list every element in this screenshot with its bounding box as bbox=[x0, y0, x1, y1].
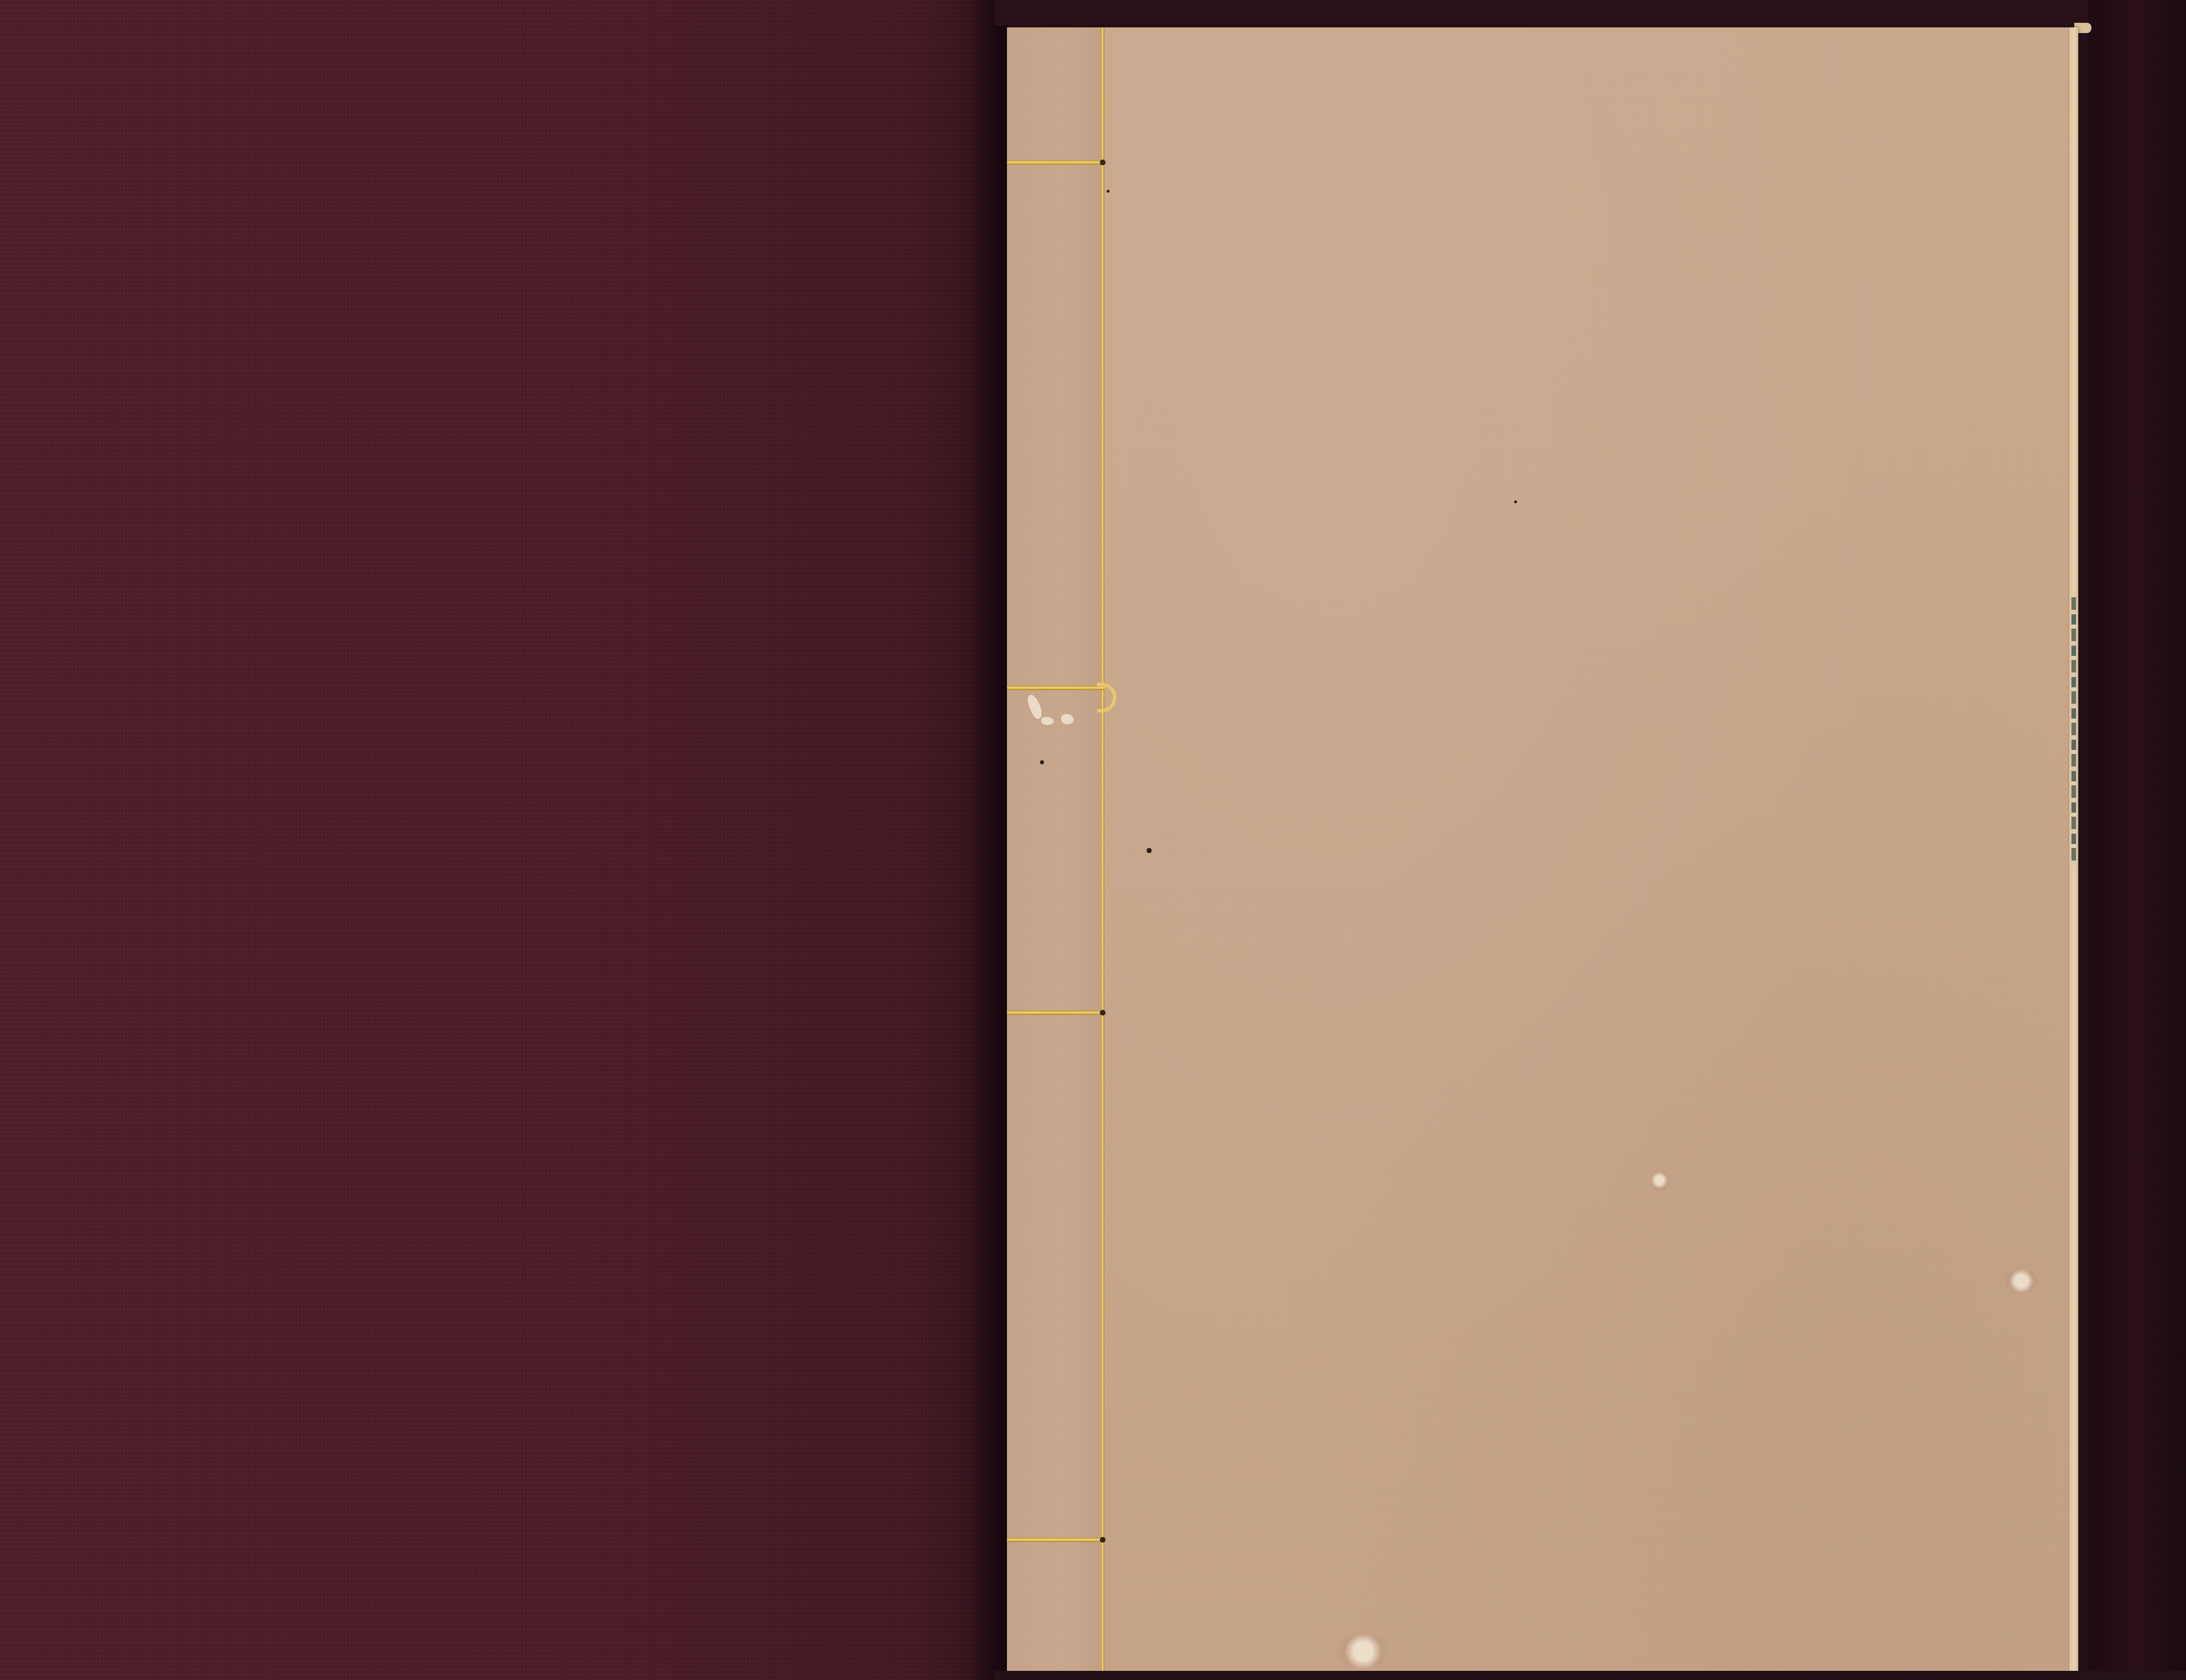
binding-stitch-4 bbox=[1007, 1538, 1103, 1542]
stitch-hole-3 bbox=[1100, 1010, 1106, 1016]
paper-stain bbox=[2004, 1270, 2038, 1292]
ink-speck bbox=[1514, 500, 1517, 503]
bottom-border bbox=[994, 1671, 2186, 1680]
stitch-hole-4 bbox=[1100, 1537, 1106, 1543]
binding-stitch-2 bbox=[1007, 686, 1105, 690]
right-border bbox=[2089, 0, 2186, 1680]
binding-stitch-3 bbox=[1007, 1010, 1105, 1015]
worm-damage-mark bbox=[1061, 714, 1074, 724]
book-edge-shadow bbox=[969, 0, 1009, 1680]
stitch-hole-1 bbox=[1100, 160, 1106, 165]
paper-wear bbox=[1337, 1634, 1389, 1669]
book-cover bbox=[1007, 27, 2078, 1671]
maroon-backing-panel bbox=[0, 0, 994, 1680]
paper-stain bbox=[1651, 1169, 1668, 1192]
binding-knot bbox=[1097, 683, 1116, 712]
worm-damage-mark bbox=[1041, 717, 1054, 725]
binding-stitch-1 bbox=[1007, 160, 1105, 165]
ink-speck bbox=[1107, 190, 1110, 193]
worm-hole bbox=[1040, 760, 1044, 764]
spine-flap bbox=[1007, 27, 1103, 1671]
fore-edge-marks bbox=[2071, 597, 2076, 865]
top-border bbox=[994, 0, 2186, 26]
ink-speck bbox=[1147, 848, 1152, 853]
spine-thread bbox=[1101, 27, 1104, 1671]
